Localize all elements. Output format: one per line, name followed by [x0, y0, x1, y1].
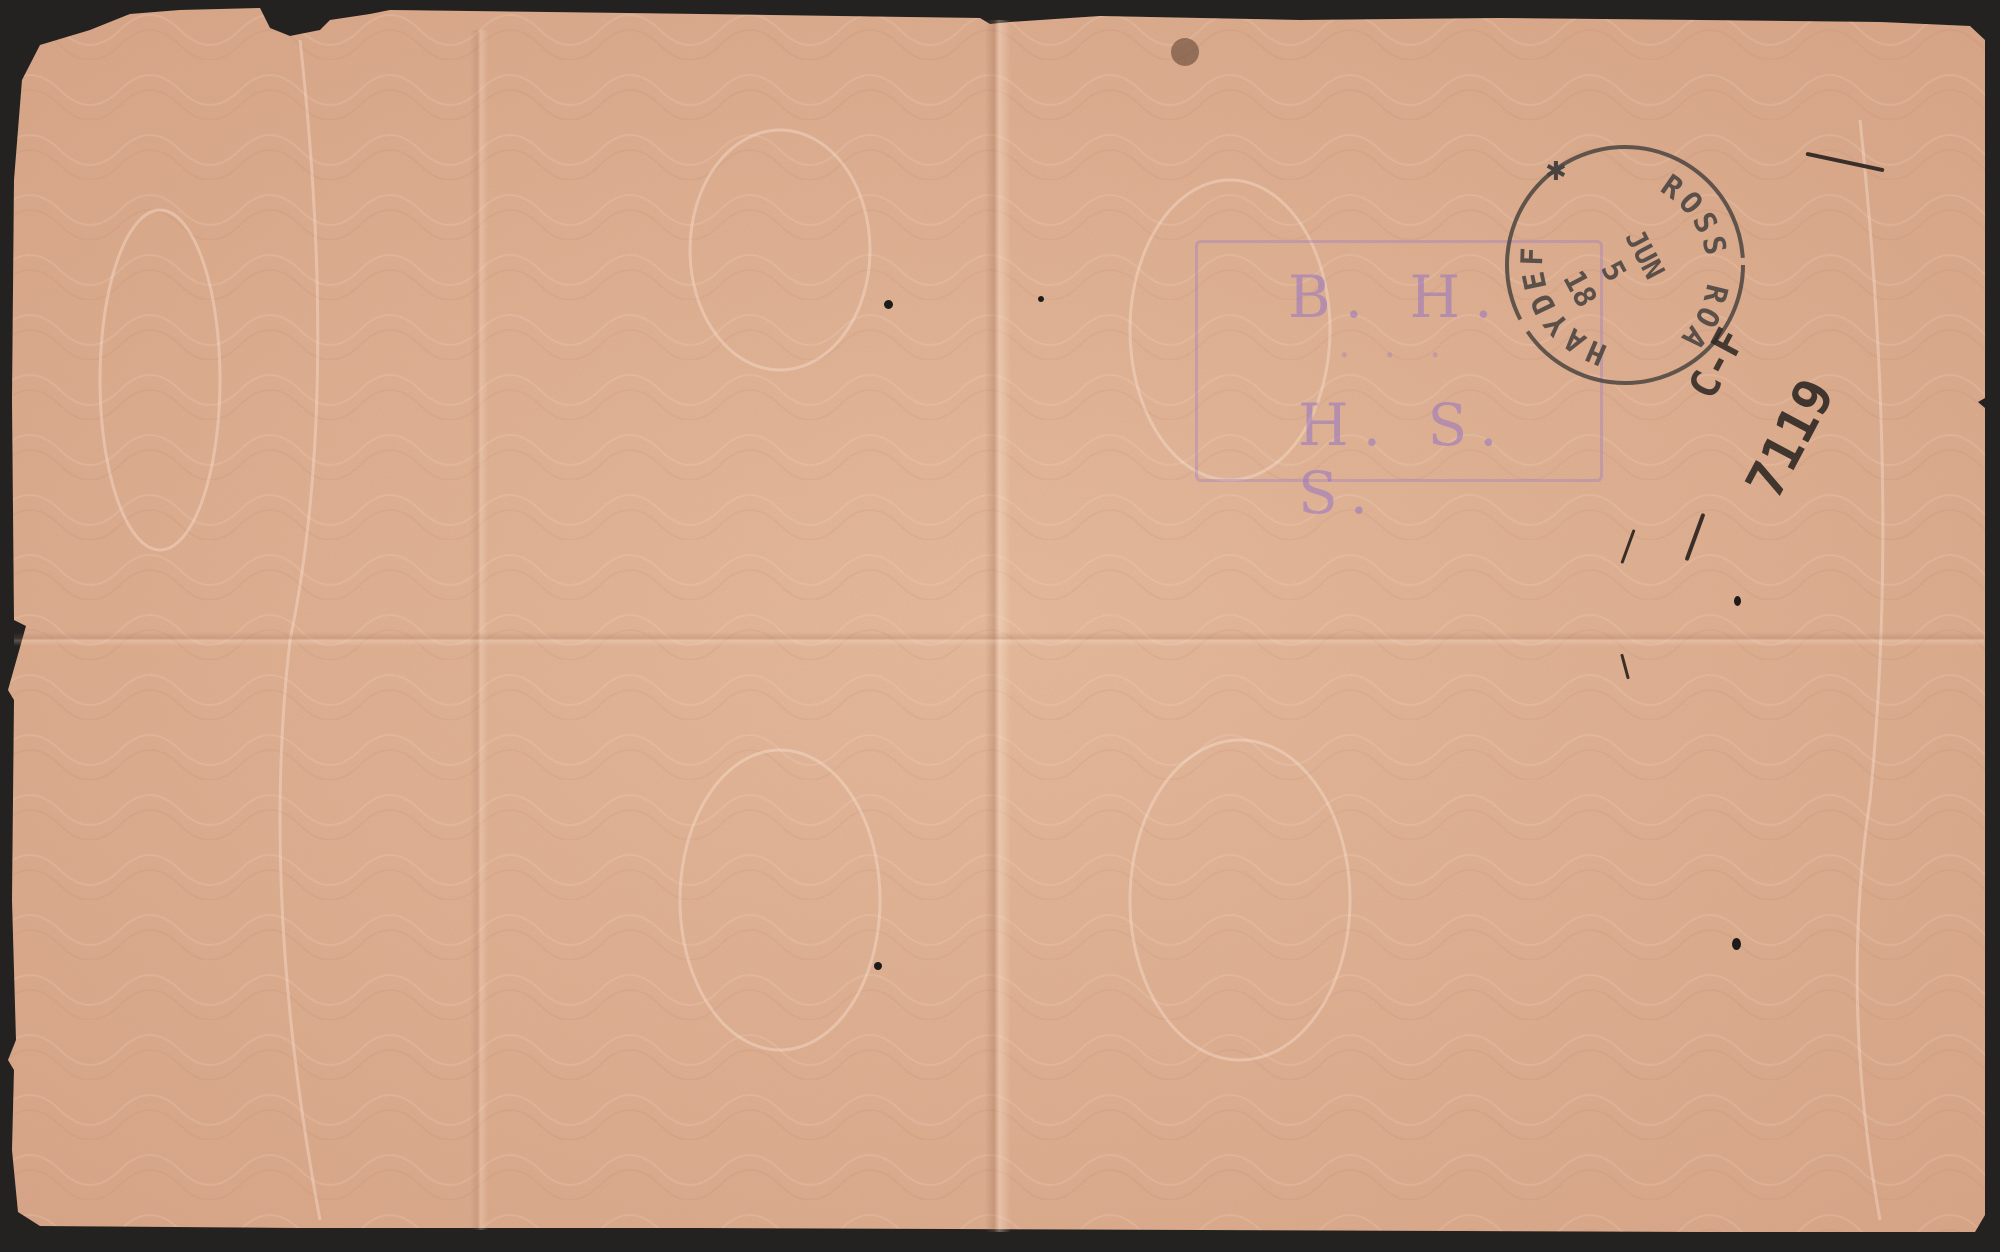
stamp-line-3: H. S. S. — [1298, 391, 1600, 527]
pinhole — [884, 300, 893, 309]
paper-fold-horizontal — [14, 632, 1984, 646]
postmark-day: 5 — [1593, 255, 1632, 287]
pinhole — [1732, 938, 1741, 950]
document-scan: B. H. · · · H. S. S. ROSS ROAD JUN 5 18 … — [0, 0, 2000, 1252]
stamp-line-1: B. H. — [1288, 263, 1507, 331]
postmark-separator: ✱ — [1545, 157, 1567, 187]
paper-fold-left — [470, 30, 488, 1230]
pinhole — [1734, 596, 1741, 606]
postmark-month: JUN — [1618, 224, 1671, 284]
pinhole — [1038, 296, 1044, 302]
pinhole — [874, 962, 882, 970]
stamp-line-2: · · · — [1338, 333, 1452, 379]
